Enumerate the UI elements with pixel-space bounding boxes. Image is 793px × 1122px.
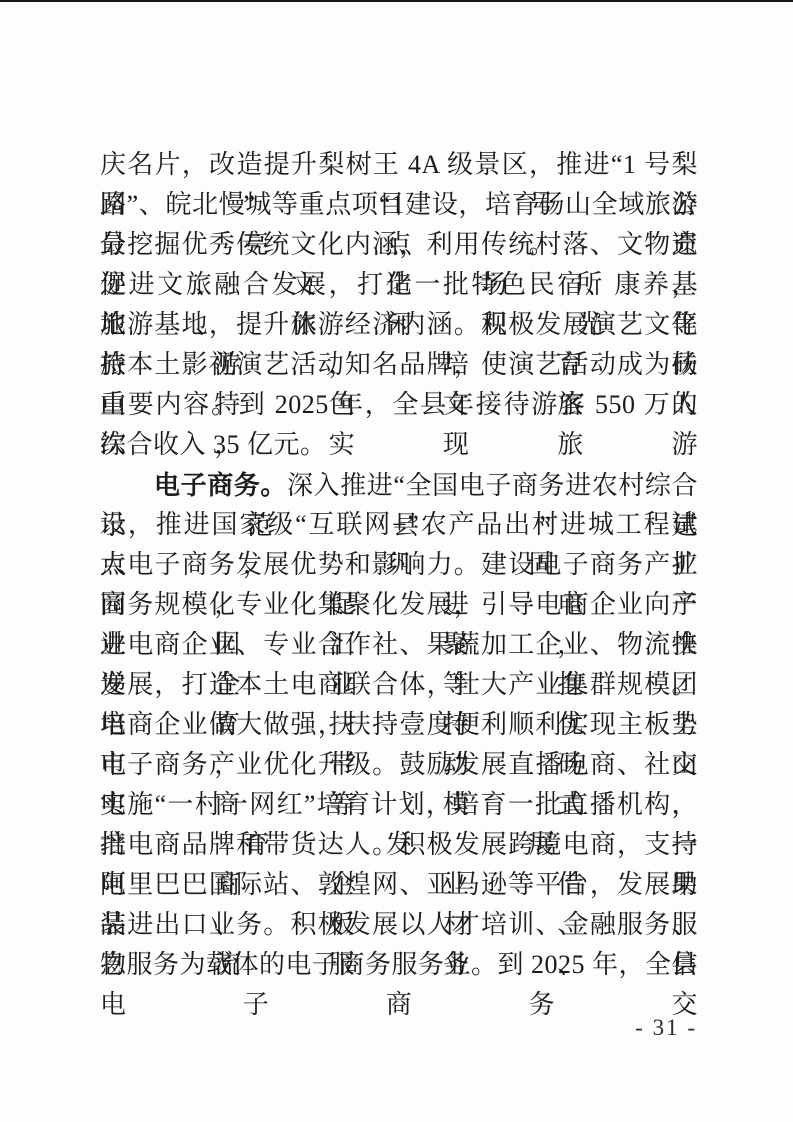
paragraph-lead-bold: 电子商务。 [154, 470, 287, 500]
text-line: 持本土影视演艺活动知名品牌，使演艺活动成为砀山特色文旅的 [100, 345, 698, 385]
text-line: 发展，打造本土电商联合体，壮大产业集群规模。培育扶持优势 [100, 665, 698, 705]
text-line: 电子商务。深入推进“全国电子商务进农村综合示范县”建 [100, 465, 698, 505]
text-line: 路”、皖北慢城等重点项目建设，培育砀山全域旅游最亮点。充 [100, 185, 698, 225]
text-line: 电子商务产业优化升级。鼓励发展直播电商、社交电商等模式， [100, 745, 698, 785]
page-number: - 31 - [635, 1014, 697, 1042]
text-line: 装进出口业务。积极发展以人才培训、金融服务、物流服务、信 [100, 905, 698, 945]
text-line: 进电商企业、专业合作社、果蔬加工企业、物流快递企业等抱团 [100, 625, 698, 665]
text-line: 息服务为载体的电子商务服务业。到 2025 年，全县电子商务交 [100, 945, 698, 985]
document-text: 庆名片，改造提升梨树王 4A 级景区，推进“1 号梨园” “1 号公路”、皖北慢… [100, 145, 698, 985]
text-line: 旅游基地，提升旅游经济内涵。积极发展演艺文化旅游，培育扶 [100, 305, 698, 345]
text-line: 实施“一村一网红”培育计划，培育一批直播机构，培育发展一 [100, 785, 698, 825]
text-line: 阿里巴巴国际站、敦煌网、亚马逊等平台，发展果品、板材、服 [100, 865, 698, 905]
text-line: 重要内容。到 2025 年，全县年接待游客 550 万人次，实现旅游 [100, 385, 698, 425]
text-line: 促进文旅融合发展，打造一批特色民宿、康养基地、休闲观光等 [100, 265, 698, 305]
text-line: 批电商品牌和带货达人。积极发展跨境电商，支持电商企业借助 [100, 825, 698, 865]
text-line: 庆名片，改造提升梨树王 4A 级景区，推进“1 号梨园” “1 号公 [100, 145, 698, 185]
text-line: 电商企业做大做强，扶持壹度便利顺利实现主板上市，带动砀山 [100, 705, 698, 745]
text-line: 商务规模化专业化集聚化发展，引导电商企业向产业园汇聚，推 [100, 585, 698, 625]
scan-edge-line [0, 0, 793, 2]
text-line: 大电子商务发展优势和影响力。建设电子商务产业园，促进电子 [100, 545, 698, 585]
text-line: 设，推进国家级“互联网+”农产品出村进城工程试点，巩固扩 [100, 505, 698, 545]
document-page: 庆名片，改造提升梨树王 4A 级景区，推进“1 号梨园” “1 号公路”、皖北慢… [0, 0, 793, 1122]
text-line: 分挖掘优秀传统文化内涵，利用传统村落、文物遗迹、文化场所， [100, 225, 698, 265]
